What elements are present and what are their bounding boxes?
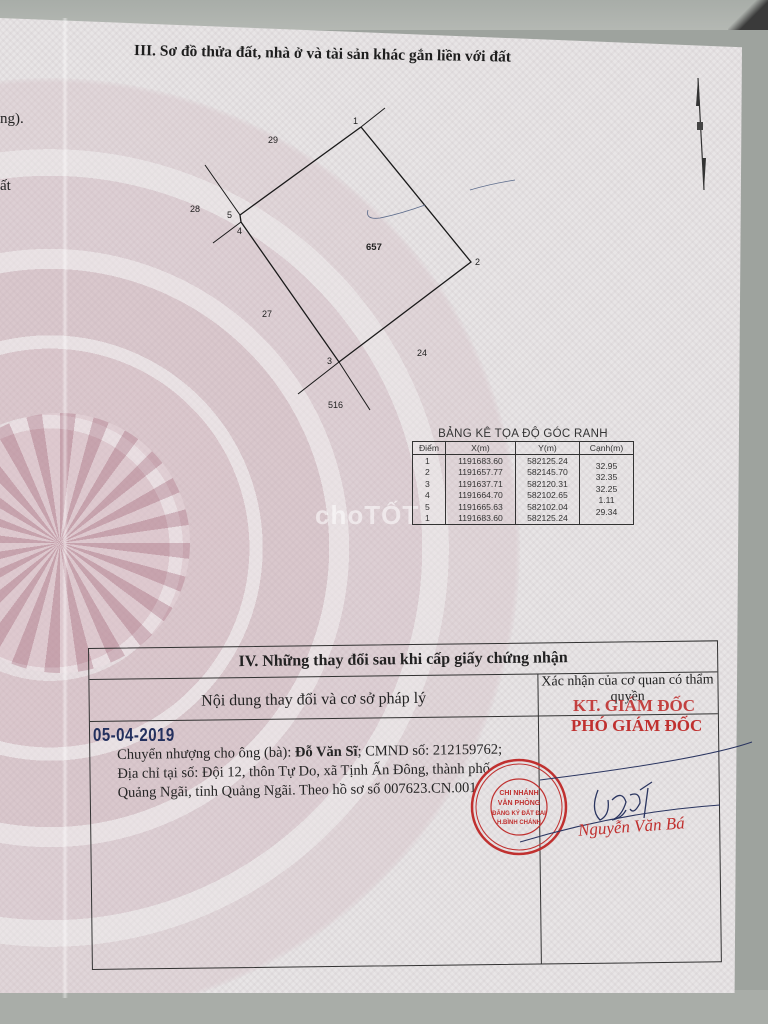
change-entry: Chuyển nhượng cho ông (bà): Đỗ Văn Sĩ; C…	[117, 740, 548, 803]
edge-length-cell: 32.95	[579, 460, 633, 472]
north-arrow-icon	[690, 78, 710, 193]
x-coordinate-cell: 1191665.63	[446, 501, 516, 513]
x-coordinate-cell: 1191664.70	[446, 490, 516, 502]
background-object	[728, 0, 768, 30]
x-coordinate-cell: 1191657.77	[446, 467, 516, 479]
x-coordinate-cell: 1191683.60	[446, 455, 516, 467]
edge-length-cell: 32.25	[579, 483, 633, 495]
column-header: Cạnh(m)	[579, 442, 633, 455]
column-header: Điểm	[413, 442, 446, 455]
y-coordinate-cell: 582102.65	[515, 490, 579, 502]
owner-name: Đỗ Văn Sĩ	[295, 744, 358, 761]
column-divider	[537, 674, 542, 964]
background-surface-bottom	[0, 990, 768, 1024]
entry-text: Chuyển nhượng cho ông (bà):	[117, 745, 295, 763]
cut-off-text-fragment: ất	[0, 178, 11, 195]
cut-off-text-fragment: ng).	[0, 111, 24, 128]
coordinate-table: BẢNG KÊ TỌA ĐỘ GÓC RANH Điểm X(m) Y(m) C…	[412, 428, 634, 525]
stamp-title-deputy-director: PHÓ GIÁM ĐỐC	[571, 716, 702, 736]
table-row: 11191683.60582125.2432.95	[413, 455, 634, 467]
point-cell: 3	[413, 478, 446, 490]
column-header: Y(m)	[515, 442, 579, 455]
watermark-logo: choTỐT	[315, 500, 419, 531]
point-cell: 5	[413, 501, 446, 513]
y-coordinate-cell: 582102.04	[515, 501, 579, 513]
edge-length-cell: 1.11	[579, 495, 633, 507]
date-stamp: 05-04-2019	[93, 725, 175, 745]
page-fold	[62, 18, 68, 998]
y-coordinate-cell: 582120.31	[515, 478, 579, 490]
point-cell: 1	[413, 513, 446, 525]
y-coordinate-cell: 582145.70	[515, 467, 579, 479]
coordinate-grid: Điểm X(m) Y(m) Cạnh(m) 11191683.60582125…	[412, 441, 634, 525]
x-coordinate-cell: 1191683.60	[446, 513, 516, 525]
x-coordinate-cell: 1191637.71	[446, 478, 516, 490]
edge-length-cell: 32.35	[579, 472, 633, 484]
point-cell: 4	[413, 490, 446, 502]
column-header: X(m)	[446, 442, 516, 455]
coordinate-table-title: BẢNG KÊ TỌA ĐỘ GÓC RANH	[412, 428, 634, 440]
y-coordinate-cell: 582125.24	[515, 455, 579, 467]
point-cell: 2	[413, 467, 446, 479]
y-coordinate-cell: 582125.24	[515, 513, 579, 525]
stamp-title-director: KT. GIÁM ĐỐC	[573, 696, 695, 716]
content-column-header: Nội dung thay đổi và cơ sở pháp lý	[89, 674, 537, 721]
changes-table: IV. Những thay đổi sau khi cấp giấy chứn…	[88, 640, 722, 970]
edge-length-cell: 29.34	[579, 506, 633, 518]
entry-text: ; CMND số: 212159762;	[357, 742, 502, 760]
point-cell: 1	[413, 455, 446, 467]
edge-length-cell	[579, 518, 633, 530]
